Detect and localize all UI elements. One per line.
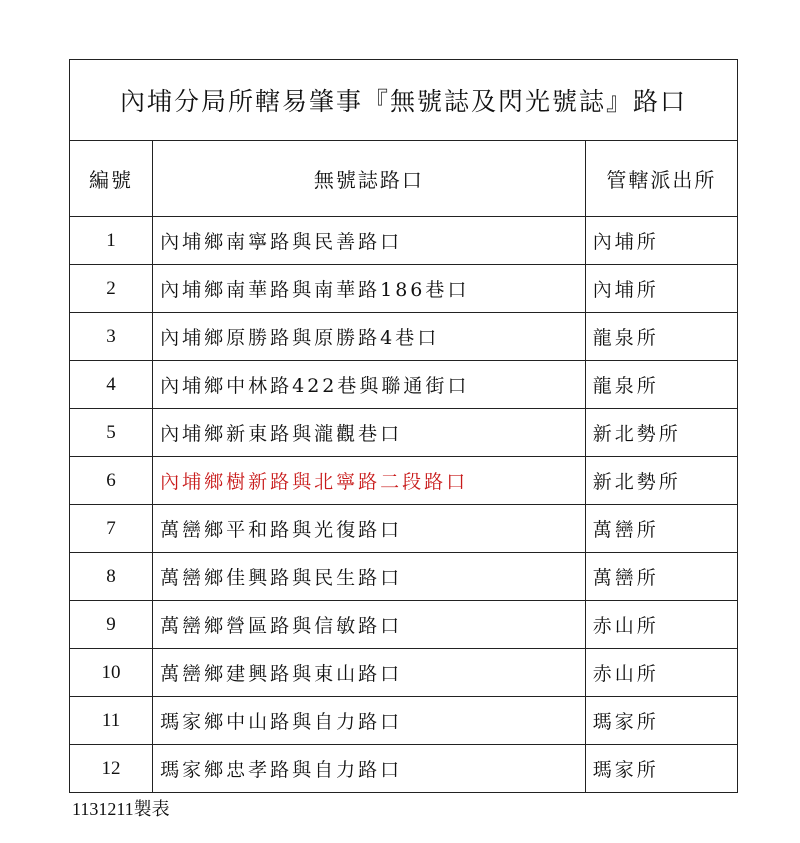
table-row: 12瑪家鄉忠孝路與自力路口瑪家所 (70, 745, 738, 793)
row-location: 萬巒鄉建興路與東山路口 (153, 649, 586, 697)
table-row: 8萬巒鄉佳興路與民生路口萬巒所 (70, 553, 738, 601)
row-number: 12 (70, 745, 153, 793)
row-number: 5 (70, 409, 153, 457)
row-station: 赤山所 (585, 601, 737, 649)
title-row: 內埔分局所轄易肇事『無號誌及閃光號誌』路口 (70, 60, 738, 141)
row-number: 10 (70, 649, 153, 697)
row-station: 龍泉所 (585, 361, 737, 409)
row-station: 瑪家所 (585, 745, 737, 793)
table-row: 9萬巒鄉營區路與信敏路口赤山所 (70, 601, 738, 649)
row-number: 6 (70, 457, 153, 505)
row-station: 新北勢所 (585, 457, 737, 505)
row-location: 瑪家鄉忠孝路與自力路口 (153, 745, 586, 793)
table-title: 內埔分局所轄易肇事『無號誌及閃光號誌』路口 (70, 60, 738, 141)
row-station: 萬巒所 (585, 505, 737, 553)
header-station: 管轄派出所 (585, 141, 737, 217)
table-row: 7萬巒鄉平和路與光復路口萬巒所 (70, 505, 738, 553)
row-location: 內埔鄉中林路422巷與聯通街口 (153, 361, 586, 409)
row-location: 內埔鄉樹新路與北寧路二段路口 (153, 457, 586, 505)
table-row: 6內埔鄉樹新路與北寧路二段路口新北勢所 (70, 457, 738, 505)
row-number: 11 (70, 697, 153, 745)
row-number: 1 (70, 217, 153, 265)
row-number: 9 (70, 601, 153, 649)
header-location: 無號誌路口 (153, 141, 586, 217)
row-station: 新北勢所 (585, 409, 737, 457)
row-number: 8 (70, 553, 153, 601)
row-station: 瑪家所 (585, 697, 737, 745)
row-station: 內埔所 (585, 265, 737, 313)
row-number: 3 (70, 313, 153, 361)
row-location: 瑪家鄉中山路與自力路口 (153, 697, 586, 745)
row-number: 7 (70, 505, 153, 553)
row-location: 內埔鄉新東路與瀧觀巷口 (153, 409, 586, 457)
document: 內埔分局所轄易肇事『無號誌及閃光號誌』路口 編號 無號誌路口 管轄派出所 1內埔… (69, 59, 738, 793)
table-row: 1內埔鄉南寧路與民善路口內埔所 (70, 217, 738, 265)
table-row: 2內埔鄉南華路與南華路186巷口內埔所 (70, 265, 738, 313)
table-row: 4內埔鄉中林路422巷與聯通街口龍泉所 (70, 361, 738, 409)
header-row: 編號 無號誌路口 管轄派出所 (70, 141, 738, 217)
table-row: 11瑪家鄉中山路與自力路口瑪家所 (70, 697, 738, 745)
row-number: 2 (70, 265, 153, 313)
row-location: 內埔鄉南寧路與民善路口 (153, 217, 586, 265)
row-location: 萬巒鄉佳興路與民生路口 (153, 553, 586, 601)
table-row: 3內埔鄉原勝路與原勝路4巷口龍泉所 (70, 313, 738, 361)
table-row: 5內埔鄉新東路與瀧觀巷口新北勢所 (70, 409, 738, 457)
row-station: 萬巒所 (585, 553, 737, 601)
header-no: 編號 (70, 141, 153, 217)
row-location: 內埔鄉南華路與南華路186巷口 (153, 265, 586, 313)
row-station: 龍泉所 (585, 313, 737, 361)
intersection-table: 內埔分局所轄易肇事『無號誌及閃光號誌』路口 編號 無號誌路口 管轄派出所 1內埔… (69, 59, 738, 793)
footnote: 1131211製表 (72, 795, 170, 821)
row-number: 4 (70, 361, 153, 409)
row-location: 內埔鄉原勝路與原勝路4巷口 (153, 313, 586, 361)
table-body: 1內埔鄉南寧路與民善路口內埔所2內埔鄉南華路與南華路186巷口內埔所3內埔鄉原勝… (70, 217, 738, 793)
row-location: 萬巒鄉營區路與信敏路口 (153, 601, 586, 649)
row-station: 內埔所 (585, 217, 737, 265)
row-station: 赤山所 (585, 649, 737, 697)
row-location: 萬巒鄉平和路與光復路口 (153, 505, 586, 553)
table-row: 10萬巒鄉建興路與東山路口赤山所 (70, 649, 738, 697)
